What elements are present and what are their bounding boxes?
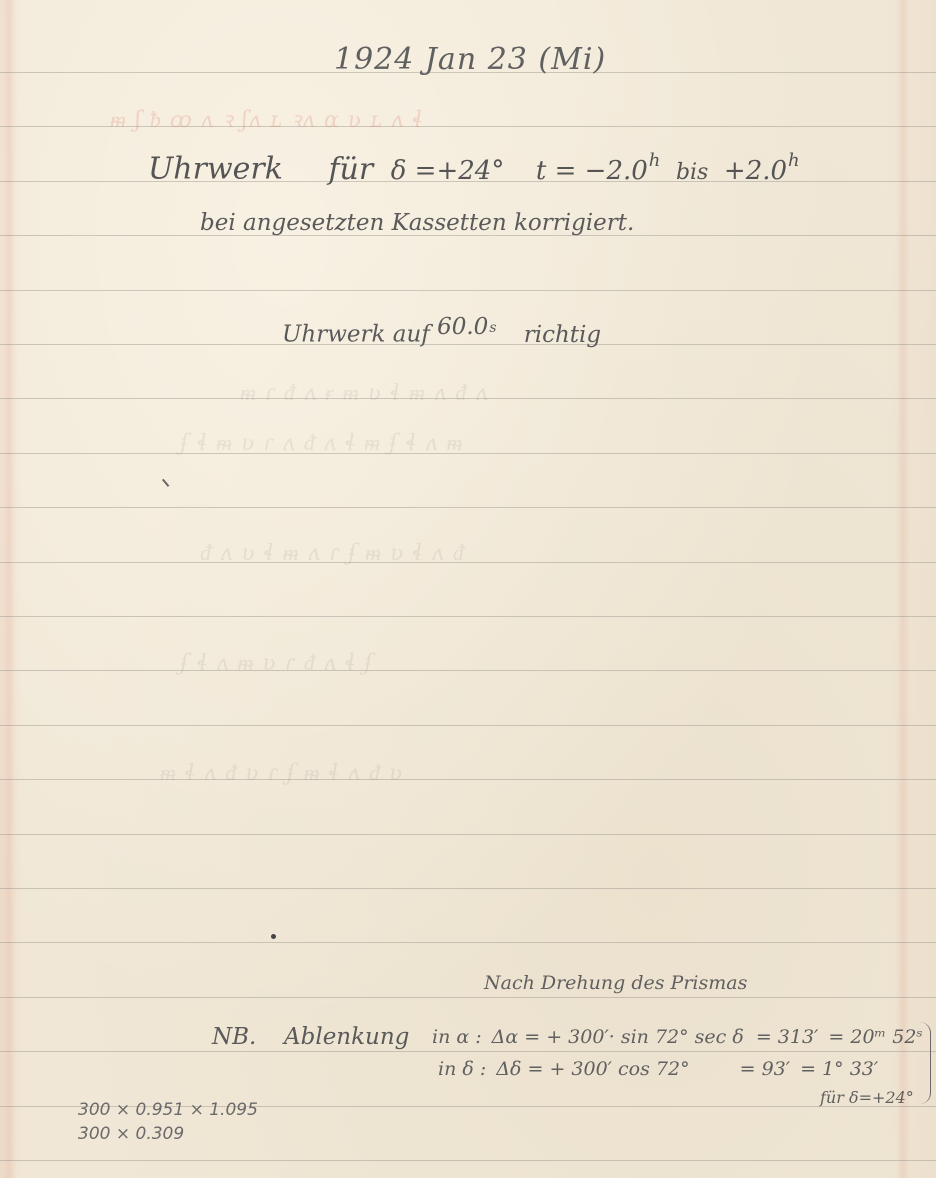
show-through-text: ʄ ɬ ʌ ᵯ ʋ ɾ ᵭ ʌ ɬ ʄ bbox=[180, 650, 373, 676]
cassettes-corrected-line: bei angesetzten Kassetten korrigiert. bbox=[200, 210, 634, 236]
hour-unit: h bbox=[649, 150, 661, 171]
ruled-line bbox=[0, 290, 936, 291]
delta-result-arcmin: = 93′ bbox=[740, 1058, 790, 1080]
notebook-page: ᵯ ʃ ᵬ ꝏ ʌ ꝛ ʃʌ ʟ ꝛʌ ɑ ʋ ʟ ʌ ɬ ᵯ ɾ ᵭ ʌ ᵲ … bbox=[0, 0, 936, 1178]
alpha-prefix: in α : bbox=[432, 1026, 482, 1048]
ruled-line bbox=[0, 997, 936, 998]
date-month: Jan bbox=[425, 42, 477, 77]
clockwork-heading-line: Uhrwerk für δ =+24° t = −2.0h bis +2.0h bbox=[148, 150, 800, 187]
side-calculation-line-1: 300 × 0.951 × 1.095 bbox=[78, 1100, 258, 1120]
delta-formula: Δδ = + 300′ cos 72° bbox=[496, 1058, 689, 1080]
prism-rotation-heading: Nach Drehung des Prismas bbox=[484, 972, 747, 994]
ruled-line bbox=[0, 779, 936, 780]
pencil-mark bbox=[162, 479, 169, 487]
date-weekday: (Mi) bbox=[538, 42, 606, 77]
word-uhrwerk: Uhrwerk bbox=[148, 152, 283, 187]
show-through-text: ᵯ ɾ ᵭ ʌ ᵲ ᵯ ʋ ɬ ᵯ ʌ ᵭ ʌ bbox=[240, 380, 489, 406]
clock-rate-label: Uhrwerk auf bbox=[282, 322, 430, 348]
word-richtig: richtig bbox=[524, 322, 601, 348]
seconds-unit: s bbox=[489, 320, 496, 336]
nb-label: NB. bbox=[212, 1024, 256, 1050]
hour-angle-end: +2.0 bbox=[724, 156, 787, 186]
date-year: 1924 bbox=[334, 42, 414, 77]
date-day: 23 bbox=[488, 42, 528, 77]
alpha-result-arcmin: = 313′ bbox=[756, 1026, 819, 1048]
delta-result-deg: = 1° 33′ bbox=[800, 1058, 878, 1080]
ruled-line bbox=[0, 725, 936, 726]
word-bis: bis bbox=[676, 160, 708, 185]
delta-deviation-line: in δ : Δδ = + 300′ cos 72° = 93′ = 1° 33… bbox=[438, 1058, 878, 1080]
word-fuer: für bbox=[328, 152, 373, 187]
right-margin-tint bbox=[896, 0, 910, 1178]
delta-prefix: in δ : bbox=[438, 1058, 486, 1080]
date-heading: 1924 Jan 23 (Mi) bbox=[334, 42, 606, 77]
ablenkung-label: Ablenkung bbox=[284, 1024, 409, 1050]
hour-unit: h bbox=[788, 150, 800, 171]
ruled-line bbox=[0, 616, 936, 617]
show-through-text: ᵯ ʃ ᵬ ꝏ ʌ ꝛ ʃʌ ʟ ꝛʌ ɑ ʋ ʟ ʌ ɬ bbox=[110, 104, 423, 134]
side-calculation-line-2: 300 × 0.309 bbox=[78, 1124, 184, 1144]
show-through-text: ʄ ɬ ᵯ ʋ ɾ ʌ ᵭ ʌ ɬ ᵯ ʄ ɬ ʌ ᵯ bbox=[180, 430, 463, 456]
alpha-result-time: = 20ᵐ 52ˢ bbox=[828, 1026, 922, 1048]
show-through-text: ᵯ ɬ ʌ ᵭ ʋ ɾ ʄ ᵯ ɬ ʌ ᵭ ʋ bbox=[160, 760, 403, 786]
ruled-line bbox=[0, 453, 936, 454]
ruled-line bbox=[0, 888, 936, 889]
clock-rate-value: 60.0 bbox=[437, 314, 488, 340]
ink-dot bbox=[271, 934, 276, 939]
alpha-formula: Δα = + 300′· sin 72° sec δ bbox=[492, 1026, 744, 1048]
ruled-line bbox=[0, 1051, 936, 1052]
ruled-line bbox=[0, 942, 936, 943]
clock-rate-line: Uhrwerk auf 60.0s richtig bbox=[282, 320, 601, 348]
show-through-text: ᵭ ʌ ʋ ɬ ᵯ ʌ ɾ ʄ ᵯ ʋ ɬ ʌ ᵭ bbox=[200, 540, 465, 566]
grouping-brace bbox=[920, 1022, 931, 1104]
ruled-line bbox=[0, 562, 936, 563]
declination-value: δ =+24° bbox=[391, 156, 505, 186]
ruled-line bbox=[0, 670, 936, 671]
ruled-line bbox=[0, 1160, 936, 1161]
alpha-deviation-line: in α : Δα = + 300′· sin 72° sec δ = 313′… bbox=[432, 1026, 923, 1048]
declination-condition: für δ=+24° bbox=[820, 1088, 914, 1107]
hour-angle-start: t = −2.0 bbox=[536, 156, 648, 186]
left-margin-tint bbox=[2, 0, 16, 1178]
ruled-line bbox=[0, 507, 936, 508]
ruled-line bbox=[0, 834, 936, 835]
